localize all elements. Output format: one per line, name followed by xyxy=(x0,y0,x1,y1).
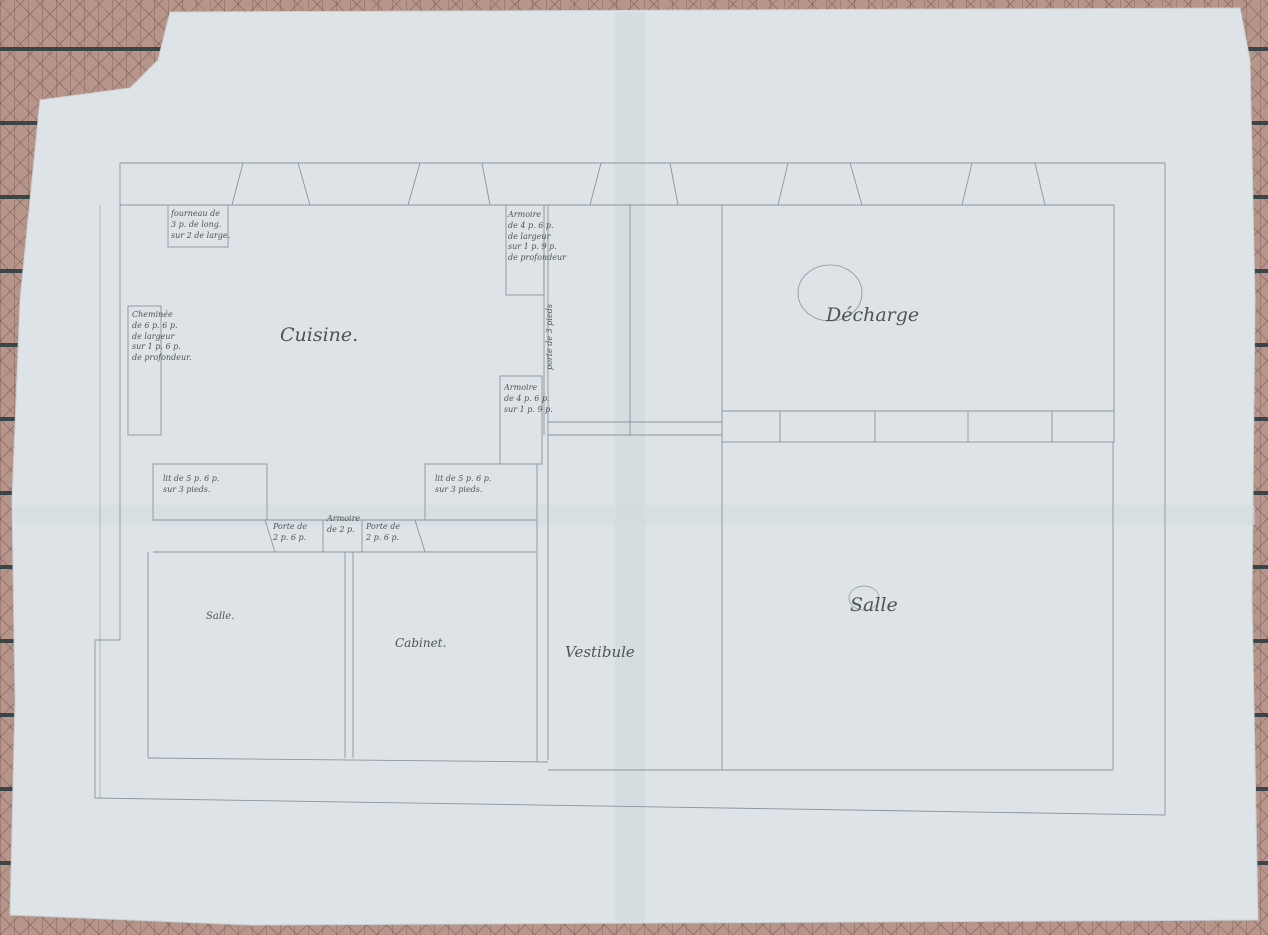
room-cuisine: Cuisine. xyxy=(280,323,358,349)
cheminee-annotation: Cheminée de 6 p. 6 p. de largeur sur 1 p… xyxy=(132,310,192,364)
plan-drawing xyxy=(0,0,1268,935)
porte-left-annotation: Porte de 2 p. 6 p. xyxy=(273,522,307,544)
lit-left-annotation: lit de 5 p. 6 p. sur 3 pieds. xyxy=(163,474,219,496)
lit-right-annotation: lit de 5 p. 6 p. sur 3 pieds. xyxy=(435,474,491,496)
room-cabinet: Cabinet. xyxy=(395,635,446,651)
armoire-mid-annotation: Armoire de 4 p. 6 p. sur 1 p. 9 p. xyxy=(504,383,553,415)
room-decharge: Décharge xyxy=(826,303,919,329)
floor-plan-sheet: fourneau de 3 p. de long. sur 2 de large… xyxy=(0,0,1268,935)
porte-right-annotation: Porte de 2 p. 6 p. xyxy=(366,522,400,544)
armoire-small-annotation: Armoire de 2 p. xyxy=(327,514,360,536)
room-vestibule: Vestibule xyxy=(565,642,635,662)
room-salle-right: Salle xyxy=(850,593,898,619)
armoire-top-annotation: Armoire de 4 p. 6 p. de largeur sur 1 p.… xyxy=(508,210,566,264)
fourneau-annotation: fourneau de 3 p. de long. sur 2 de large… xyxy=(171,209,230,241)
room-salle-left: Salle. xyxy=(206,610,234,624)
porte-3-pieds-annotation: porte de 3 pieds xyxy=(545,304,556,370)
